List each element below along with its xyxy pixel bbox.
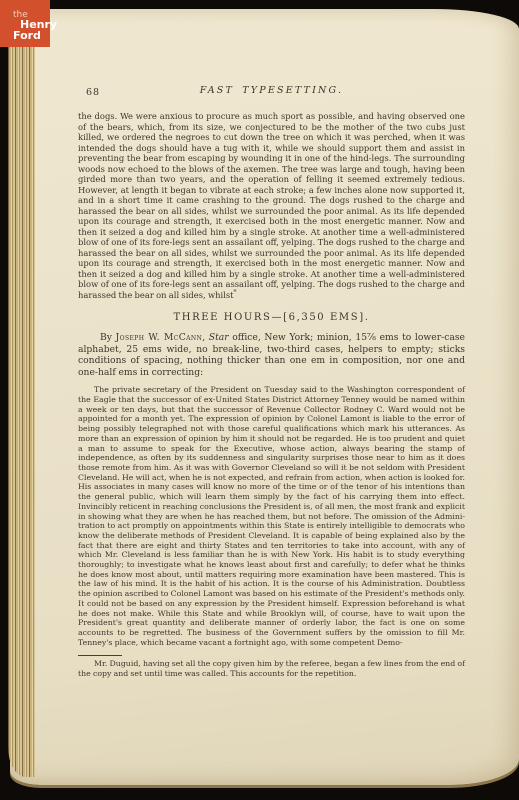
byline-prefix: By	[100, 332, 116, 343]
logo-text-ford: Ford	[13, 30, 41, 41]
section-heading: THREE HOURS—[6,350 EMS].	[78, 312, 465, 323]
footnote-reference-asterisk: *	[234, 289, 237, 296]
henry-ford-logo: the Henry Ford	[0, 0, 50, 47]
running-head: FAST TYPESETTING.	[78, 85, 465, 96]
byline-newspaper-name: Star	[209, 332, 229, 343]
page-content: 68 FAST TYPESETTING. the dogs. We were a…	[78, 9, 465, 679]
body-paragraph-text: the dogs. We were anxious to procure as …	[78, 111, 465, 300]
page-number: 68	[86, 87, 100, 98]
section-heading-ems: EMS	[330, 312, 359, 323]
page-header: 68 FAST TYPESETTING.	[78, 85, 465, 100]
book-page: 68 FAST TYPESETTING. the dogs. We were a…	[10, 9, 519, 785]
footnote-paragraph: Mr. Duguid, having set all the copy give…	[78, 659, 465, 678]
footnote-rule	[78, 655, 122, 656]
byline-paragraph: By Joseph W. McCann, Star office, New Yo…	[78, 332, 465, 378]
section-heading-close: ].	[359, 312, 369, 323]
body-paragraph-continued: the dogs. We were anxious to procure as …	[78, 111, 465, 300]
extract-paragraph: The private secretary of the President o…	[78, 385, 465, 647]
section-heading-main: THREE HOURS—[6,350	[173, 312, 330, 323]
book-page-edges	[8, 15, 35, 777]
byline-author-name: Joseph W. McCann	[116, 332, 203, 343]
